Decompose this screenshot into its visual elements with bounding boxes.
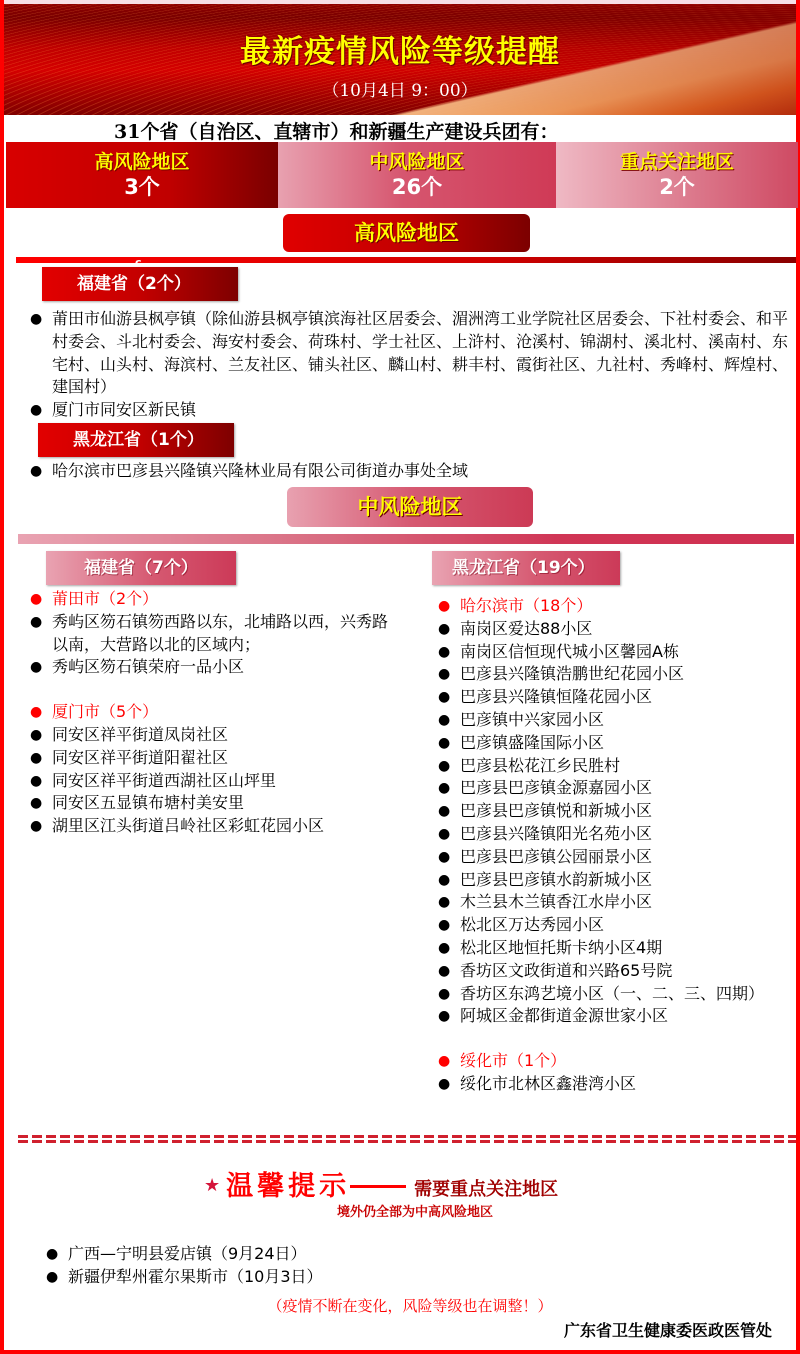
page-title: 最新疫情风险等级提醒 bbox=[4, 26, 796, 71]
list-item: 湖里区江头街道吕岭社区彩虹花园小区 bbox=[30, 815, 390, 838]
summary-high-risk: 高风险地区 3个 bbox=[6, 142, 278, 208]
list-item: 巴彦镇盛隆国际小区 bbox=[438, 732, 798, 755]
list-item: 同安区祥平街道凤岗社区 bbox=[30, 724, 390, 747]
summary-label: 中风险地区 bbox=[278, 150, 556, 174]
risk-notice-page: 最新疫情风险等级提醒 （10月4日 9：00） 31个省（自治区、直辖市）和新疆… bbox=[0, 0, 800, 1354]
list-item: 哈尔滨市巴彦县兴隆镇兴隆林业局有限公司街道办事处全域 bbox=[30, 460, 792, 483]
summary-count: 3个 bbox=[6, 174, 278, 200]
list-item: 绥化市北林区鑫港湾小区 bbox=[438, 1073, 798, 1096]
list-item: 同安区五显镇布塘村美安里 bbox=[30, 792, 390, 815]
tips-note: 境外仍全部为中高风险地区 bbox=[4, 1201, 796, 1220]
intro-text: 31个省（自治区、直辖市）和新疆生产建设兵团有： bbox=[114, 117, 558, 144]
mid-risk-list-fujian: 莆田市（2个） 秀屿区笏石镇笏西路以东，北埔路以西，兴秀路以南，大营路以北的区域… bbox=[30, 588, 390, 838]
list-item: 新疆伊犁州霍尔果斯市（10月3日） bbox=[46, 1266, 323, 1289]
risk-summary: 高风险地区 3个 中风险地区 26个 重点关注地区 2个 bbox=[6, 142, 798, 208]
summary-focus-area: 重点关注地区 2个 bbox=[556, 142, 798, 208]
list-item: 巴彦县兴隆镇浩鹏世纪花园小区 bbox=[438, 663, 798, 686]
summary-count: 2个 bbox=[556, 174, 798, 200]
tips-heading: ★温馨提示需要重点关注地区 bbox=[204, 1164, 558, 1203]
city-heading: 绥化市（1个） bbox=[438, 1050, 798, 1073]
focus-area-list: 广西—宁明县爱店镇（9月24日） 新疆伊犁州霍尔果斯市（10月3日） bbox=[46, 1243, 323, 1289]
list-item: 巴彦县巴彦镇水韵新城小区 bbox=[438, 869, 798, 892]
list-item: 广西—宁明县爱店镇（9月24日） bbox=[46, 1243, 323, 1266]
province-tag-heilongjiang-mid: 黑龙江省（19个） bbox=[432, 551, 620, 585]
dashed-separator bbox=[18, 1135, 796, 1138]
divider-bar-mid bbox=[18, 534, 794, 544]
city-heading: 哈尔滨市（18个） bbox=[438, 595, 798, 618]
list-item: 香坊区东鸿艺境小区（一、二、三、四期） bbox=[438, 983, 798, 1006]
list-item: 巴彦县松花江乡民胜村 bbox=[438, 755, 798, 778]
list-item: 南岗区信恒现代城小区馨园A栋 bbox=[438, 641, 798, 664]
section-title-mid-risk: 中风险地区 bbox=[287, 487, 533, 527]
summary-count: 26个 bbox=[278, 174, 556, 200]
star-icon: ★ bbox=[204, 1175, 220, 1196]
dashed-separator bbox=[18, 1140, 796, 1143]
em-dash-line bbox=[350, 1185, 406, 1188]
issuing-organization: 广东省卫生健康委医政医管处 bbox=[564, 1318, 772, 1341]
list-item: 秀屿区笏石镇笏西路以东，北埔路以西，兴秀路以南，大营路以北的区域内； bbox=[30, 611, 390, 657]
list-item: 松北区万达秀园小区 bbox=[438, 914, 798, 937]
update-time: （10月4日 9：00） bbox=[4, 76, 796, 101]
province-tag-fujian-mid: 福建省（7个） bbox=[46, 551, 236, 585]
province-tag-fujian-high: 福建省（2个） bbox=[42, 267, 238, 301]
summary-label: 高风险地区 bbox=[6, 150, 278, 174]
tips-subtitle: 需要重点关注地区 bbox=[414, 1179, 558, 1200]
high-risk-list-heilongjiang: 哈尔滨市巴彦县兴隆镇兴隆林业局有限公司街道办事处全域 bbox=[30, 460, 792, 483]
city-heading: 厦门市（5个） bbox=[30, 701, 390, 724]
list-item: 同安区祥平街道阳翟社区 bbox=[30, 747, 390, 770]
list-item: 木兰县木兰镇香江水岸小区 bbox=[438, 891, 798, 914]
list-item: 巴彦县巴彦镇公园丽景小区 bbox=[438, 846, 798, 869]
list-item: 松北区地恒托斯卡纳小区4期 bbox=[438, 937, 798, 960]
list-item: 巴彦县兴隆镇阳光名苑小区 bbox=[438, 823, 798, 846]
tips-title: 温馨提示 bbox=[226, 1171, 350, 1202]
header-banner: 最新疫情风险等级提醒 （10月4日 9：00） bbox=[4, 4, 796, 115]
summary-label: 重点关注地区 bbox=[556, 150, 798, 174]
reminder-text: （疫情不断在变化，风险等级也在调整！） bbox=[4, 1295, 796, 1316]
city-heading: 莆田市（2个） bbox=[30, 588, 390, 611]
list-item: 阿城区金都街道金源世家小区 bbox=[438, 1005, 798, 1028]
list-item: 巴彦县兴隆镇恒隆花园小区 bbox=[438, 686, 798, 709]
summary-mid-risk: 中风险地区 26个 bbox=[278, 142, 556, 208]
list-item: 巴彦县巴彦镇悦和新城小区 bbox=[438, 800, 798, 823]
list-item: 南岗区爱达88小区 bbox=[438, 618, 798, 641]
list-item: 莆田市仙游县枫亭镇（除仙游县枫亭镇滨海社区居委会、湄洲湾工业学院社区居委会、下社… bbox=[30, 308, 792, 399]
list-item: 巴彦县巴彦镇金源嘉园小区 bbox=[438, 777, 798, 800]
list-item: 香坊区文政街道和兴路65号院 bbox=[438, 960, 798, 983]
section-title-high-risk: 高风险地区 bbox=[283, 214, 530, 252]
divider-bar-high bbox=[16, 257, 796, 263]
list-item: 同安区祥平街道西湖社区山坪里 bbox=[30, 770, 390, 793]
mid-risk-list-heilongjiang: 哈尔滨市（18个） 南岗区爱达88小区 南岗区信恒现代城小区馨园A栋 巴彦县兴隆… bbox=[438, 595, 798, 1096]
list-item: 巴彦镇中兴家园小区 bbox=[438, 709, 798, 732]
list-item: 秀屿区笏石镇荣府一品小区 bbox=[30, 656, 390, 679]
high-risk-list-fujian: 莆田市仙游县枫亭镇（除仙游县枫亭镇滨海社区居委会、湄洲湾工业学院社区居委会、下社… bbox=[30, 308, 792, 422]
list-item: 厦门市同安区新民镇 bbox=[30, 399, 792, 422]
province-tag-heilongjiang-high: 黑龙江省（1个） bbox=[38, 423, 234, 457]
